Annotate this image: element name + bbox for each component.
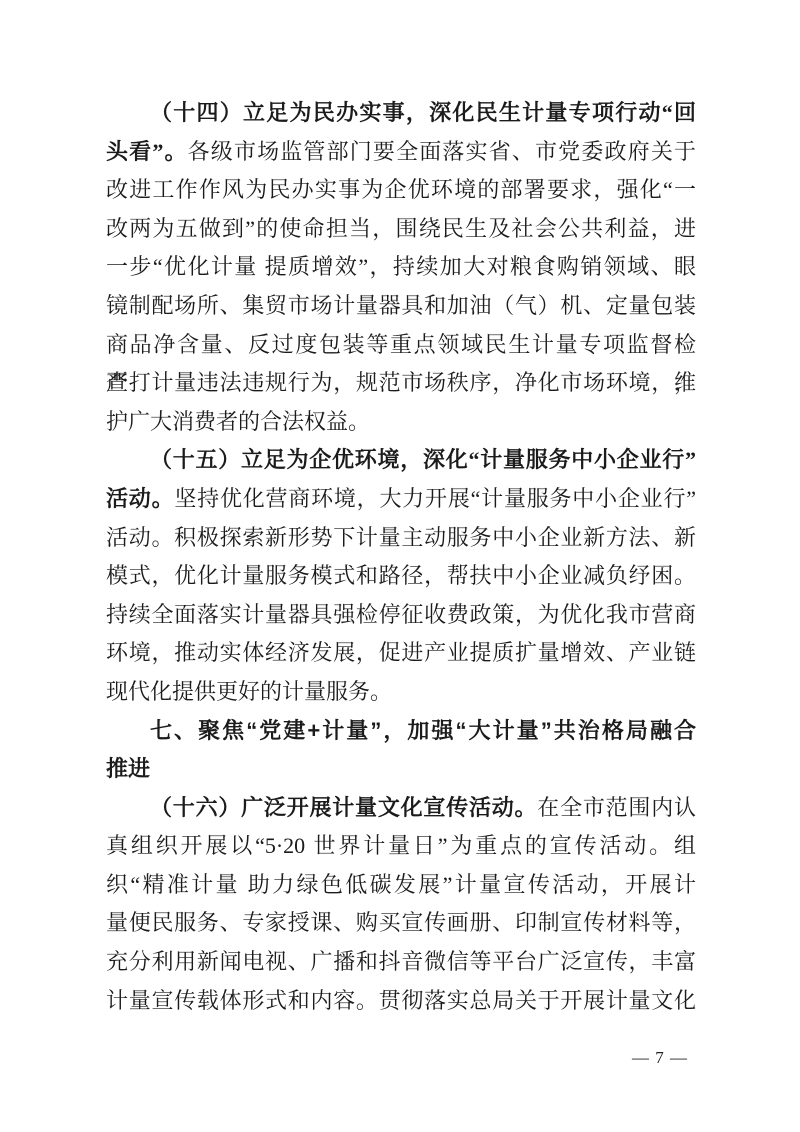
text-segment: 镜制配场所、集贸市场计量器具和加油（气）机、定量包装 (106, 293, 696, 318)
text-segment: 现代化提供更好的计量服务。 (106, 679, 392, 704)
text-segment: 改进工作作风为民办实事为企优环境的部署要求，强化“一 (106, 177, 696, 202)
text-segment: 改两为五做到”的使命担当，围绕民生及社会公共利益，进 (106, 216, 696, 241)
text-segment: 一步“优化计量 提质增效”，持续加大对粮食购销领域、眼 (106, 254, 696, 279)
text-segment: 坚持优化营商环境，大力开展“计量服务中小企业行” (174, 486, 696, 511)
text-line: 织“精准计量 助力绿色低碳发展”计量宣传活动，开展计 (106, 866, 696, 905)
text-line: （十四）立足为民办实事，深化民生计量专项行动“回 (106, 94, 696, 133)
bold-text-segment: 头看”。 (106, 139, 188, 164)
text-line: （十六）广泛开展计量文化宣传活动。在全市范围内认 (106, 789, 696, 828)
text-line: 一步“优化计量 提质增效”，持续加大对粮食购销领域、眼 (106, 248, 696, 287)
section-heading-line: 七、聚焦“党建+计量”，加强“大计量”共治格局融合 (106, 712, 696, 751)
text-segment: 模式，优化计量服务模式和路径，帮扶中小企业减负纾困。 (106, 563, 696, 588)
text-line: 活动。积极探索新形势下计量主动服务中小企业新方法、新 (106, 519, 696, 558)
text-segment: 织“精准计量 助力绿色低碳发展”计量宣传活动，开展计 (106, 872, 696, 897)
text-segment: 真组织开展以“5·20 世界计量日”为重点的宣传活动。组 (106, 833, 696, 858)
text-segment: 量便民服务、专家授课、购买宣传画册、印制宣传材料等， (106, 910, 696, 935)
text-segment: 护广大消费者的合法权益。 (106, 409, 370, 434)
section-heading-line: 推进 (106, 750, 696, 789)
text-line: 改两为五做到”的使命担当，围绕民生及社会公共利益，进 (106, 210, 696, 249)
text-segment: 活动。积极探索新形势下计量主动服务中小企业新方法、新 (106, 525, 696, 550)
text-line: 环境，推动实体经济发展，促进产业提质扩量增效、产业链 (106, 634, 696, 673)
text-segment: 充分利用新闻电视、广播和抖音微信等平台广泛宣传，丰富 (106, 949, 696, 974)
text-segment: 严打计量违法违规行为，规范市场秩序，净化市场环境，维 (106, 370, 696, 395)
document-page: （十四）立足为民办实事，深化民生计量专项行动“回头看”。各级市场监管部门要全面落… (0, 0, 800, 1132)
text-segment: 各级市场监管部门要全面落实省、市党委政府关于 (188, 139, 696, 164)
text-line: 持续全面落实计量器具强检停征收费政策，为优化我市营商 (106, 596, 696, 635)
bold-text-segment: 推进 (106, 756, 150, 781)
text-line: 护广大消费者的合法权益。 (106, 403, 696, 442)
bold-text-segment: 七、聚焦“党建+计量”，加强“大计量”共治格局融合 (150, 718, 696, 743)
bold-text-segment: （十五）立足为企优环境，深化“计量服务中小企业行” (150, 447, 696, 472)
bold-text-segment: （十四）立足为民办实事，深化民生计量专项行动“回 (150, 100, 696, 125)
bold-text-segment: 活动。 (106, 486, 174, 511)
text-segment: 计量宣传载体形式和内容。贯彻落实总局关于开展计量文化 (106, 988, 696, 1013)
text-segment: 持续全面落实计量器具强检停征收费政策，为优化我市营商 (106, 602, 696, 627)
text-line: 镜制配场所、集贸市场计量器具和加油（气）机、定量包装 (106, 287, 696, 326)
text-line: 模式，优化计量服务模式和路径，帮扶中小企业减负纾困。 (106, 557, 696, 596)
page-number: — 7 — (632, 1048, 688, 1068)
text-line: 商品净含量、反过度包装等重点领域民生计量专项监督检查， (106, 326, 696, 365)
text-line: 计量宣传载体形式和内容。贯彻落实总局关于开展计量文化 (106, 982, 696, 1021)
text-line: 真组织开展以“5·20 世界计量日”为重点的宣传活动。组 (106, 827, 696, 866)
text-line: 现代化提供更好的计量服务。 (106, 673, 696, 712)
text-line: 改进工作作风为民办实事为企优环境的部署要求，强化“一 (106, 171, 696, 210)
text-line: （十五）立足为企优环境，深化“计量服务中小企业行” (106, 441, 696, 480)
text-segment: 在全市范围内认 (537, 795, 696, 820)
text-line: 充分利用新闻电视、广播和抖音微信等平台广泛宣传，丰富 (106, 943, 696, 982)
text-segment: 环境，推动实体经济发展，促进产业提质扩量增效、产业链 (106, 640, 696, 665)
text-line: 活动。坚持优化营商环境，大力开展“计量服务中小企业行” (106, 480, 696, 519)
text-line: 严打计量违法违规行为，规范市场秩序，净化市场环境，维 (106, 364, 696, 403)
text-line: 量便民服务、专家授课、购买宣传画册、印制宣传材料等， (106, 904, 696, 943)
text-line: 头看”。各级市场监管部门要全面落实省、市党委政府关于 (106, 133, 696, 172)
bold-text-segment: （十六）广泛开展计量文化宣传活动。 (150, 795, 537, 820)
document-body: （十四）立足为民办实事，深化民生计量专项行动“回头看”。各级市场监管部门要全面落… (106, 94, 696, 1020)
